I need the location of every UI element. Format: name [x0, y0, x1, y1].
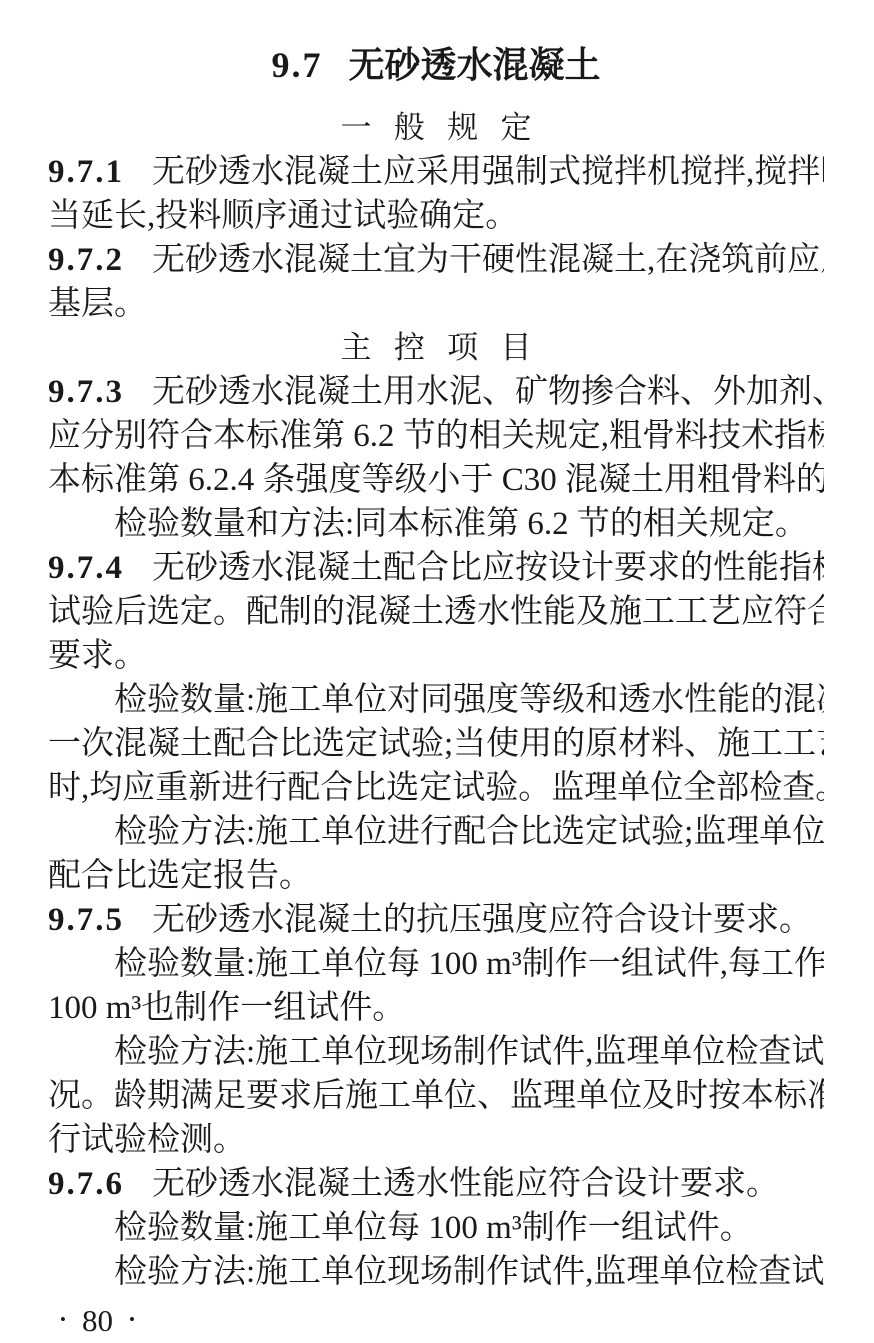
clause-9-7-4-line-1: 9.7.4无砂透水混凝土配合比应按设计要求的性能指标进行 — [48, 546, 824, 590]
section-title: 9.7无砂透水混凝土 — [48, 40, 824, 90]
clause-text: 无砂透水混凝土宜为干硬性混凝土,在浇筑前应用水润湿 — [152, 242, 824, 278]
clause-9-7-2-line-1: 9.7.2无砂透水混凝土宜为干硬性混凝土,在浇筑前应用水润湿 — [48, 238, 824, 282]
inspection-quantity-line: 检验数量:施工单位每 100 m³制作一组试件。 — [48, 1206, 824, 1250]
inspection-quantity-line-1: 检验数量:施工单位每 100 m³制作一组试件,每工作班不足 — [48, 942, 824, 986]
clause-number: 9.7.2 — [48, 242, 124, 278]
clause-number: 9.7.6 — [48, 1166, 124, 1202]
clause-9-7-2-line-2: 基层。 — [48, 282, 824, 326]
inspection-method-line-3: 行试验检测。 — [48, 1118, 824, 1162]
inspection-quantity-line-3: 时,均应重新进行配合比选定试验。监理单位全部检查。 — [48, 766, 824, 810]
clause-number: 9.7.5 — [48, 902, 124, 938]
clause-9-7-1-line-1: 9.7.1无砂透水混凝土应采用强制式搅拌机搅拌,搅拌时间应适 — [48, 150, 824, 194]
subheading-general-provisions: 一般规定 — [48, 106, 824, 150]
inspection-method-line: 检验方法:施工单位现场制作试件,监理单位检查试件留置情 — [48, 1250, 824, 1294]
clause-9-7-1-line-2: 当延长,投料顺序通过试验确定。 — [48, 194, 824, 238]
clause-number: 9.7.3 — [48, 374, 124, 410]
inspection-method-line-1: 检验方法:施工单位现场制作试件,监理单位检查试件留置情 — [48, 1030, 824, 1074]
clause-number: 9.7.4 — [48, 550, 124, 586]
clause-9-7-6-line-1: 9.7.6无砂透水混凝土透水性能应符合设计要求。 — [48, 1162, 824, 1206]
clause-number: 9.7.1 — [48, 154, 124, 190]
inspection-method-line-2: 配合比选定报告。 — [48, 854, 824, 898]
footer-right-dot: • — [129, 1310, 135, 1329]
inspection-method-line-1: 检验方法:施工单位进行配合比选定试验;监理单位检查确认 — [48, 810, 824, 854]
clause-text: 无砂透水混凝土配合比应按设计要求的性能指标进行 — [152, 550, 824, 586]
section-title-text: 无砂透水混凝土 — [348, 45, 600, 85]
clause-9-7-5-line-1: 9.7.5无砂透水混凝土的抗压强度应符合设计要求。 — [48, 898, 824, 942]
clause-text: 无砂透水混凝土用水泥、矿物掺合料、外加剂、水技术指标 — [152, 374, 824, 410]
clause-9-7-3-line-2: 应分别符合本标准第 6.2 节的相关规定,粗骨料技术指标应符合 — [48, 414, 824, 458]
clause-text: 无砂透水混凝土透水性能应符合设计要求。 — [152, 1166, 779, 1202]
clause-9-7-3-line-3: 本标准第 6.2.4 条强度等级小于 C30 混凝土用粗骨料的规定。 — [48, 458, 824, 502]
inspection-method-line-2: 况。龄期满足要求后施工单位、监理单位及时按本标准附录 K 进 — [48, 1074, 824, 1118]
inspection-quantity-line-2: 一次混凝土配合比选定试验;当使用的原材料、施工工艺发生变化 — [48, 722, 824, 766]
inspection-quantity-line-1: 检验数量:施工单位对同强度等级和透水性能的混凝土进行 — [48, 678, 824, 722]
clause-9-7-3-line-1: 9.7.3无砂透水混凝土用水泥、矿物掺合料、外加剂、水技术指标 — [48, 370, 824, 414]
inspection-note: 检验数量和方法:同本标准第 6.2 节的相关规定。 — [48, 502, 824, 546]
page-number: 80 — [82, 1303, 113, 1338]
clause-text: 无砂透水混凝土应采用强制式搅拌机搅拌,搅拌时间应适 — [152, 154, 824, 190]
subheading-dominant-items: 主控项目 — [48, 326, 824, 370]
section-number: 9.7 — [271, 45, 322, 85]
page-footer: •80• — [48, 1298, 824, 1342]
footer-left-dot: • — [60, 1310, 66, 1329]
clause-9-7-4-line-3: 要求。 — [48, 634, 824, 678]
clause-text: 无砂透水混凝土的抗压强度应符合设计要求。 — [152, 902, 812, 938]
inspection-quantity-line-2: 100 m³也制作一组试件。 — [48, 986, 824, 1030]
document-page: 9.7无砂透水混凝土 一般规定 9.7.1无砂透水混凝土应采用强制式搅拌机搅拌,… — [0, 0, 874, 1343]
clause-9-7-4-line-2: 试验后选定。配制的混凝土透水性能及施工工艺应符合设计 — [48, 590, 824, 634]
